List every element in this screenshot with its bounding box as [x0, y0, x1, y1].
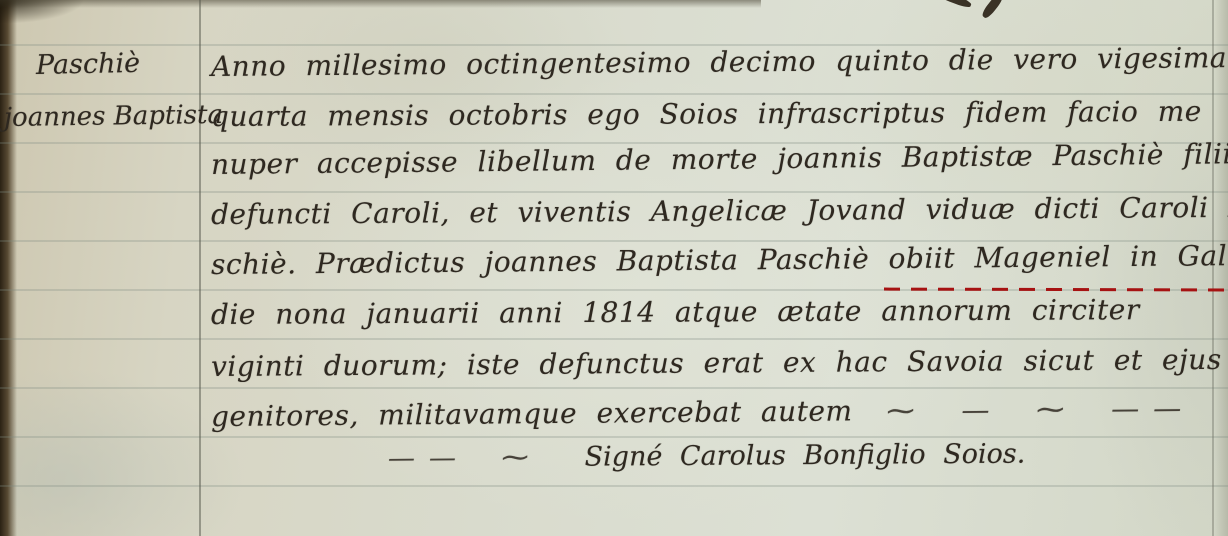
record-line: defuncti Caroli, et viventis Angelicæ Jo… — [211, 191, 1228, 231]
line-end-flourish: ⁓ — ⁓ —— — [886, 391, 1195, 427]
signature-text: Signé Carolus Bonfiglio Soios. — [584, 439, 1025, 473]
scanned-register-page: Paschiè joannes Baptista Anno millesimo … — [0, 0, 1228, 536]
margin-surname: Paschiè — [36, 48, 141, 81]
signature-prefix-flourish: —— ⁓ — [388, 442, 543, 474]
record-line: quarta mensis octobris ego Soios infrasc… — [211, 95, 1202, 133]
record-line: viginti duorum; iste defunctus erat ex h… — [211, 343, 1222, 383]
signature-row: —— ⁓Signé Carolus Bonfiglio Soios. — [388, 439, 1026, 474]
record-line: die nona januarii anni 1814 atque ætate … — [211, 293, 1140, 331]
margin-given-names: joannes Baptista — [4, 100, 223, 133]
margin-rule-line — [199, 0, 201, 536]
record-line-text: genitores, militavamque exercebat autem — [211, 394, 853, 433]
